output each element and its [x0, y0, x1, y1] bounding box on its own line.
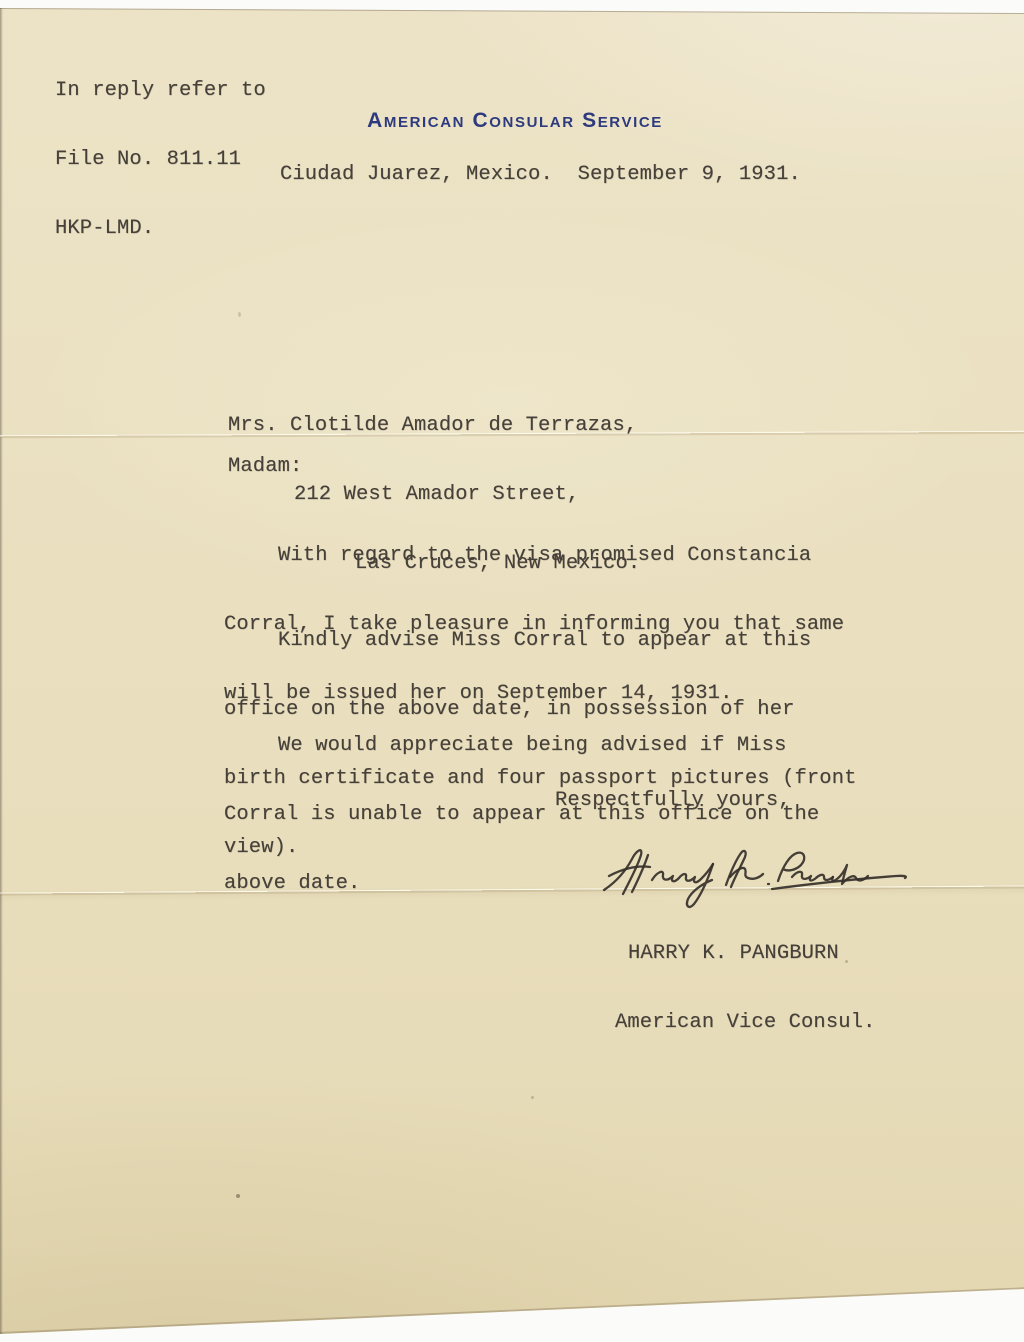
- paper-speck: [531, 1096, 534, 1099]
- paper-speck: [236, 1194, 240, 1198]
- reference-line: In reply refer to: [55, 79, 266, 102]
- paper-speck: [238, 312, 241, 317]
- dateline: Ciudad Juarez, Mexico. September 9, 1931…: [280, 163, 801, 186]
- body-line: We would appreciate being advised if Mis…: [278, 734, 819, 757]
- letter-sheet: In reply refer to File No. 811.11 HKP-LM…: [0, 0, 1024, 1342]
- recipient-name: Mrs. Clotilde Amador de Terrazas,: [228, 414, 640, 437]
- letterhead-title: American Consular Service: [367, 109, 663, 133]
- signature-block: HARRY K. PANGBURN American Vice Consul.: [628, 896, 875, 1080]
- body-line: With regard to the visa promised Constan…: [278, 544, 844, 567]
- salutation: Madam:: [228, 455, 302, 478]
- reference-block: In reply refer to File No. 811.11 HKP-LM…: [55, 33, 266, 286]
- reference-file-number: File No. 811.11: [55, 148, 266, 171]
- reference-initials: HKP-LMD.: [55, 217, 266, 240]
- typed-signer-name: HARRY K. PANGBURN: [628, 942, 875, 965]
- paper-bottom-edge: [0, 1286, 1024, 1334]
- signer-title: American Vice Consul.: [615, 1011, 875, 1034]
- paper-left-edge: [0, 8, 3, 1334]
- body-line: Kindly advise Miss Corral to appear at t…: [278, 629, 857, 652]
- closing-phrase: Respectfully yours,: [555, 789, 791, 812]
- paper-top-edge: [0, 7, 1024, 14]
